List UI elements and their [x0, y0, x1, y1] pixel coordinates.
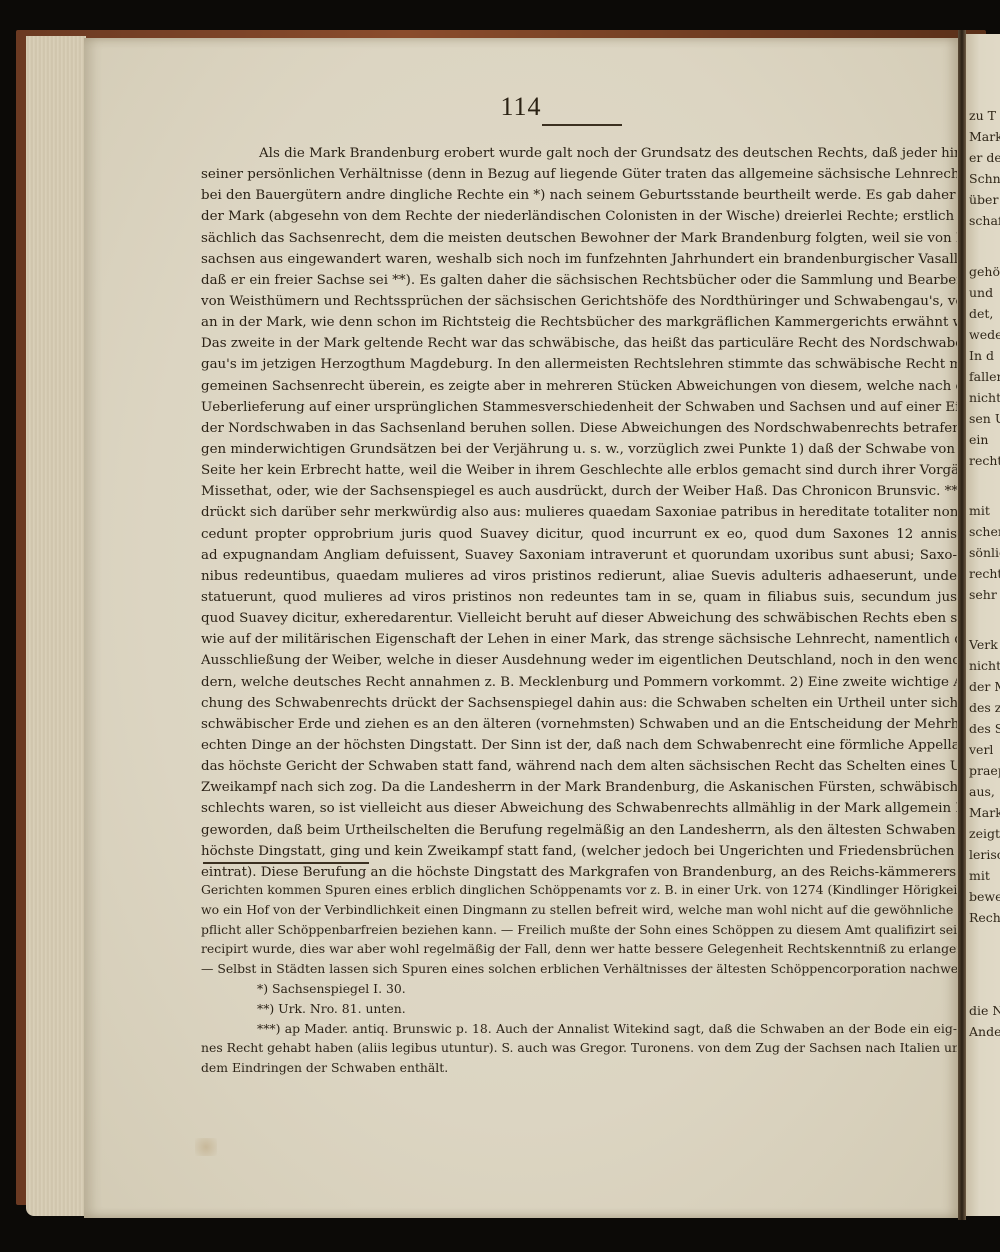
text-line: bei den Bauergütern andre dingliche Rech… — [201, 185, 957, 206]
page-number-underline — [542, 124, 622, 126]
text-line: gemeinen Sachsenrecht überein, es zeigte… — [201, 376, 957, 397]
next-page-fragment: praep — [969, 763, 1000, 778]
next-page-fragment: des z — [969, 700, 1000, 715]
book-page-right-partial: zu TMarker deSchnüberschaftgehörunddet,w… — [966, 34, 1000, 1216]
text-line: Ueberlieferung auf einer ursprünglichen … — [201, 397, 957, 418]
footnote-marker: *) — [257, 981, 272, 996]
footnote-continuation-line: wo ein Hof von der Verbindlichkeit einen… — [201, 900, 957, 920]
text-line: der Nordschwaben in das Sachsenland beru… — [201, 418, 957, 439]
text-line: Missethat, oder, wie der Sachsenspiegel … — [201, 481, 957, 502]
footnote-text: Urk. Nro. 81. unten. — [278, 1001, 405, 1016]
footnote-marker: **) — [257, 1001, 278, 1016]
footnote-text: Sachsenspiegel I. 30. — [272, 981, 406, 996]
footnote: ***) ap Mader. antiq. Brunswic p. 18. Au… — [201, 1019, 957, 1039]
footnote-text: ap Mader. antiq. Brunswic p. 18. Auch de… — [285, 1021, 957, 1036]
text-line: Das zweite in der Mark geltende Recht wa… — [201, 333, 957, 354]
next-page-fragment: In d — [969, 348, 994, 363]
next-page-fragment: über — [969, 192, 998, 207]
text-line: sächlich das Sachsenrecht, dem die meist… — [201, 228, 957, 249]
next-page-fragment: rechts — [969, 566, 1000, 581]
next-page-fragment: nicht — [969, 658, 1000, 673]
footnote-marker: ***) — [257, 1021, 285, 1036]
next-page-fragment: sen U — [969, 411, 1000, 426]
next-page-fragment: weder — [969, 327, 1000, 342]
page-stack-edges — [26, 36, 86, 1216]
next-page-fragment: Verk — [969, 637, 998, 652]
text-line: das höchste Gericht der Schwaben statt f… — [201, 756, 957, 777]
next-page-fragment: Mark — [969, 805, 1000, 820]
text-line: nibus redeuntibus, quaedam mulieres ad v… — [201, 566, 957, 587]
next-page-fragment: zeigt. — [969, 826, 1000, 841]
next-page-fragment: aus, — [969, 784, 995, 799]
next-page-fragment: schen — [969, 524, 1000, 539]
text-line: der Mark (abgesehn von dem Rechte der ni… — [201, 206, 957, 227]
paper-stain — [195, 1138, 217, 1156]
footnote-continuation-line: recipirt wurde, dies war aber wohl regel… — [201, 939, 957, 959]
text-line: gau's im jetzigen Herzogthum Magdeburg. … — [201, 354, 957, 375]
next-page-fragment: des S — [969, 721, 1000, 736]
next-page-fragment: Rechs — [969, 910, 1000, 925]
text-line: dern, welche deutsches Recht annahmen z.… — [201, 672, 957, 693]
text-line: statuerunt, quod mulieres ad viros prist… — [201, 587, 957, 608]
text-line: ad expugnandam Angliam defuissent, Suave… — [201, 545, 957, 566]
text-line: seiner persönlichen Verhältnisse (denn i… — [201, 164, 957, 185]
text-line: Seite her kein Erbrecht hatte, weil die … — [201, 460, 957, 481]
text-line: drückt sich darüber sehr merkwürdig also… — [201, 502, 957, 523]
footnote-separator — [203, 862, 369, 864]
next-page-fragment: lerisch — [969, 847, 1000, 862]
footnote-continuation-line: — Selbst in Städten lassen sich Spuren e… — [201, 959, 957, 979]
next-page-fragment: und — [969, 285, 993, 300]
next-page-fragment: sehr — [969, 587, 997, 602]
text-line: höchste Dingstatt, ging und kein Zweikam… — [201, 841, 957, 862]
text-line: quod Suavey dicitur, exheredarentur. Vie… — [201, 608, 957, 629]
book-gutter — [958, 30, 966, 1220]
text-line: daß er ein freier Sachse sei **). Es gal… — [201, 270, 957, 291]
page-number: 114 — [84, 92, 958, 122]
next-page-fragment: zu T — [969, 108, 996, 123]
next-page-fragment: Mark — [969, 129, 1000, 144]
next-page-fragment: Ande — [969, 1024, 1000, 1039]
text-line: cedunt propter opprobrium juris quod Sua… — [201, 524, 957, 545]
text-line: gen minderwichtigen Grundsätzen bei der … — [201, 439, 957, 460]
next-page-fragment: schaft — [969, 213, 1000, 228]
text-line: von Weisthümern und Rechtssprüchen der s… — [201, 291, 957, 312]
text-line: an in der Mark, wie denn schon im Richts… — [201, 312, 957, 333]
text-line: schwäbischer Erde und ziehen es an den ä… — [201, 714, 957, 735]
next-page-fragment: verl — [969, 742, 993, 757]
next-page-fragment: mit — [969, 503, 990, 518]
text-line: schlechts waren, so ist vielleicht aus d… — [201, 798, 957, 819]
next-page-fragment: det, — [969, 306, 993, 321]
next-page-fragment: mit — [969, 868, 990, 883]
main-text-block: Als die Mark Brandenburg erobert wurde g… — [201, 143, 957, 883]
footnote-continuation-line: pflicht aller Schöppenbarfreien beziehen… — [201, 920, 957, 940]
footnote: *) Sachsenspiegel I. 30. — [201, 979, 957, 999]
next-page-fragment: nicht — [969, 390, 1000, 405]
next-page-fragment: ein — [969, 432, 988, 447]
next-page-fragment: bewei — [969, 889, 1000, 904]
text-line: echten Dinge an der höchsten Dingstatt. … — [201, 735, 957, 756]
next-page-fragment: gehör — [969, 264, 1000, 279]
footnote-continuation-line: Gerichten kommen Spuren eines erblich di… — [201, 880, 957, 900]
next-page-fragment: der M — [969, 679, 1000, 694]
text-line: Als die Mark Brandenburg erobert wurde g… — [201, 143, 957, 164]
text-line: Ausschließung der Weiber, welche in dies… — [201, 650, 957, 671]
footnotes-block: Gerichten kommen Spuren eines erblich di… — [201, 880, 957, 1078]
text-line: sachsen aus eingewandert waren, weshalb … — [201, 249, 957, 270]
text-line: chung des Schwabenrechts drückt der Sach… — [201, 693, 957, 714]
footnote: **) Urk. Nro. 81. unten. — [201, 999, 957, 1019]
next-page-fragment: Schn — [969, 171, 1000, 186]
text-line: geworden, daß beim Urtheilschelten die B… — [201, 820, 957, 841]
text-line: Zweikampf nach sich zog. Da die Landeshe… — [201, 777, 957, 798]
next-page-fragment: fallen — [969, 369, 1000, 384]
next-page-fragment: sönlich — [969, 545, 1000, 560]
next-page-fragment: recht — [969, 453, 1000, 468]
footnote-tail-line: nes Recht gehabt haben (aliis legibus ut… — [201, 1038, 957, 1058]
next-page-fragment: er de — [969, 150, 1000, 165]
footnote-tail-line: dem Eindringen der Schwaben enthält. — [201, 1058, 957, 1078]
text-line: wie auf der militärischen Eigenschaft de… — [201, 629, 957, 650]
next-page-fragment: die N — [969, 1003, 1000, 1018]
